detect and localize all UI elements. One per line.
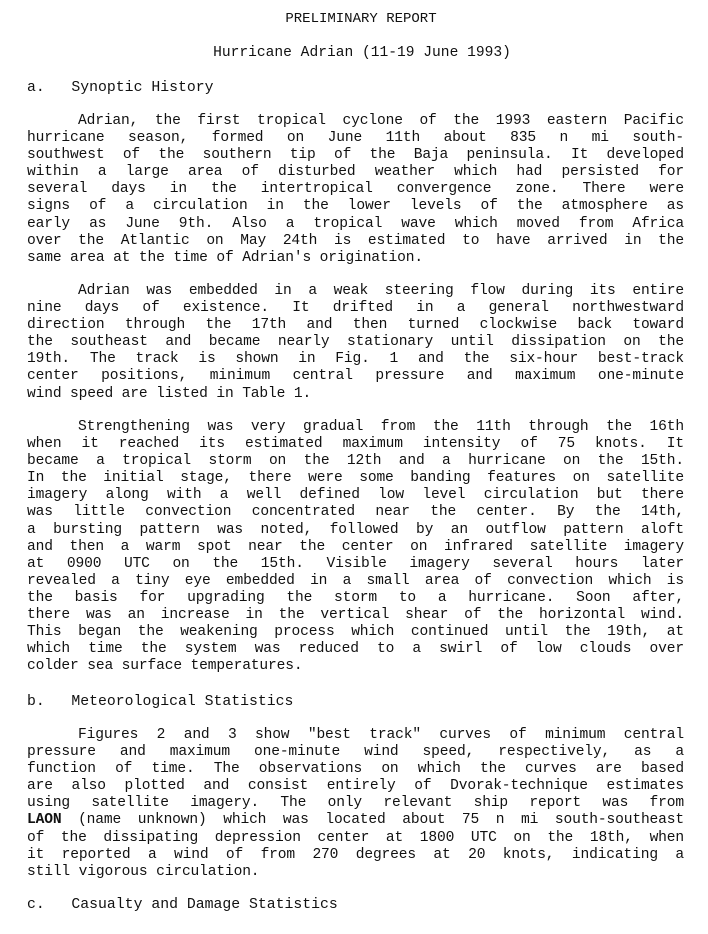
text-line: at 0900 UTC on the 15th. Visible imagery… xyxy=(27,556,684,573)
text-line: still vigorous circulation. xyxy=(27,864,684,881)
text-line: several days in the intertropical conver… xyxy=(27,181,684,198)
text-line: Adrian, the first tropical cyclone of th… xyxy=(27,113,684,130)
text-line: which time the system was reduced to a s… xyxy=(27,641,684,658)
text-line: imagery along with a well defined low le… xyxy=(27,487,684,504)
text-line: This began the weakening process which c… xyxy=(27,624,684,641)
paragraph: Adrian, the first tropical cyclone of th… xyxy=(27,113,684,267)
section-label: a. xyxy=(27,80,45,96)
section-title: Synoptic History xyxy=(71,80,213,96)
text-line: and then a warm spot near the center on … xyxy=(27,539,684,556)
text-line: it reported a wind of from 270 degrees a… xyxy=(27,847,684,864)
text-line: southwest of the southern tip of the Baj… xyxy=(27,147,684,164)
text-line: the basis for upgrading the storm to a h… xyxy=(27,590,684,607)
paragraph: Figures 2 and 3 show "best track" curves… xyxy=(27,727,684,881)
text-line: over the Atlantic on May 24th is estimat… xyxy=(27,233,684,250)
text-line: signs of a circulation in the lower leve… xyxy=(27,198,684,215)
paragraph: Adrian was embedded in a weak steering f… xyxy=(27,283,684,403)
text-line: colder sea surface temperatures. xyxy=(27,658,684,675)
section-label: b. xyxy=(27,694,45,710)
text-line: within a large area of disturbed weather… xyxy=(27,164,684,181)
text-line: was little convection concentrated near … xyxy=(27,504,684,521)
text-line: of the dissipating depression center at … xyxy=(27,830,684,847)
text-line: pressure and maximum one-minute wind spe… xyxy=(27,744,684,761)
section-title: Casualty and Damage Statistics xyxy=(71,897,337,913)
report-subtitle: Hurricane Adrian (11-19 June 1993) xyxy=(8,45,708,61)
text-line: there was an increase in the vertical sh… xyxy=(27,607,684,624)
text-line: Strengthening was very gradual from the … xyxy=(27,419,684,436)
text-line: 19th. The track is shown in Fig. 1 and t… xyxy=(27,351,684,368)
section-heading-casualty-damage: c. Casualty and Damage Statistics xyxy=(27,897,338,913)
text-line: Figures 2 and 3 show "best track" curves… xyxy=(27,727,684,744)
text-line: center positions, minimum central pressu… xyxy=(27,368,684,385)
document-page: PRELIMINARY REPORT Hurricane Adrian (11-… xyxy=(0,0,708,934)
text-line: became a tropical storm on the 12th and … xyxy=(27,453,684,470)
section-title: Meteorological Statistics xyxy=(71,694,293,710)
text-line: function of time. The observations on wh… xyxy=(27,761,684,778)
text-line: revealed a tiny eye embedded in a small … xyxy=(27,573,684,590)
text-line: nine days of existence. It drifted in a … xyxy=(27,300,684,317)
text-line: are also plotted and consist entirely of… xyxy=(27,778,684,795)
text-line: the southeast and became nearly stationa… xyxy=(27,334,684,351)
text-line: LAON (name unknown) which was located ab… xyxy=(27,812,684,829)
text-line: a bursting pattern was noted, followed b… xyxy=(27,522,684,539)
text-line: using satellite imagery. The only releva… xyxy=(27,795,684,812)
text-line: wind speed are listed in Table 1. xyxy=(27,386,684,403)
report-title: PRELIMINARY REPORT xyxy=(7,11,708,27)
section-heading-meteorological-statistics: b. Meteorological Statistics xyxy=(27,694,293,710)
text-line: direction through the 17th and then turn… xyxy=(27,317,684,334)
text-line: In the initial stage, there were some ba… xyxy=(27,470,684,487)
text-line: same area at the time of Adrian's origin… xyxy=(27,250,684,267)
paragraph: Strengthening was very gradual from the … xyxy=(27,419,684,675)
text-line: early as June 9th. Also a tropical wave … xyxy=(27,216,684,233)
text-line: when it reached its estimated maximum in… xyxy=(27,436,684,453)
section-label: c. xyxy=(27,897,45,913)
text-line: Adrian was embedded in a weak steering f… xyxy=(27,283,684,300)
text-line: hurricane season, formed on June 11th ab… xyxy=(27,130,684,147)
section-heading-synoptic-history: a. Synoptic History xyxy=(27,80,213,96)
